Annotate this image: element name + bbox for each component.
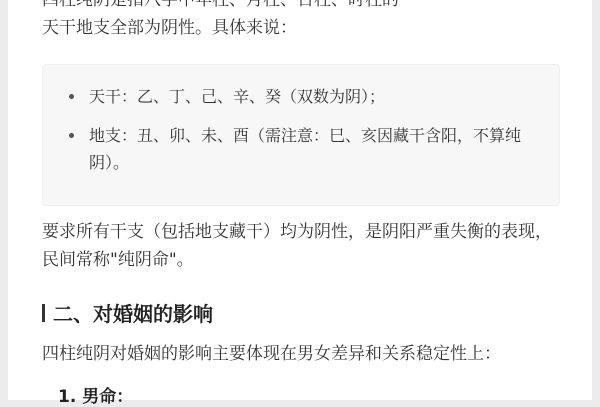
list-item-text: 天干：乙、丁、己、辛、癸（双数为阴）； [89,87,385,106]
article-page: 四柱纯阴是指八字中年柱、月柱、日柱、时柱的 天干地支全部为阴性。具体来说： 天干… [8,0,592,400]
intro-partial-line: 四柱纯阴是指八字中年柱、月柱、日柱、时柱的 [42,0,562,14]
intro-line: 天干地支全部为阴性。具体来说： [42,14,562,42]
quote-box: 天干：乙、丁、己、辛、癸（双数为阴）； 地支：丑、卯、未、酉（需注意：巳、亥因藏… [42,64,560,206]
sub-heading: 1. 男命： [58,382,133,400]
intro-paragraph: 四柱纯阴是指八字中年柱、月柱、日柱、时柱的 天干地支全部为阴性。具体来说： [42,0,562,42]
section-heading-text: 二、对婚姻的影响 [53,298,213,327]
list-item: 天干：乙、丁、己、辛、癸（双数为阴）； [67,83,537,110]
bullet-icon [69,133,74,138]
marriage-intro-paragraph: 四柱纯阴对婚姻的影响主要体现在男女差异和关系稳定性上： [42,340,562,368]
quote-list: 天干：乙、丁、己、辛、癸（双数为阴）； 地支：丑、卯、未、酉（需注意：巳、亥因藏… [67,83,537,188]
bullet-icon [69,94,74,99]
section-heading: 二、对婚姻的影响 [42,298,213,327]
explanation-paragraph: 要求所有干支（包括地支藏干）均为阴性，是阴阳严重失衡的表现，民间常称"纯阴命"。 [42,218,562,274]
heading-bar-icon [42,304,45,322]
list-item: 地支：丑、卯、未、酉（需注意：巳、亥因藏干含阳，不算纯阴）。 [67,122,537,176]
list-item-text: 地支：丑、卯、未、酉（需注意：巳、亥因藏干含阳，不算纯阴）。 [89,126,521,172]
